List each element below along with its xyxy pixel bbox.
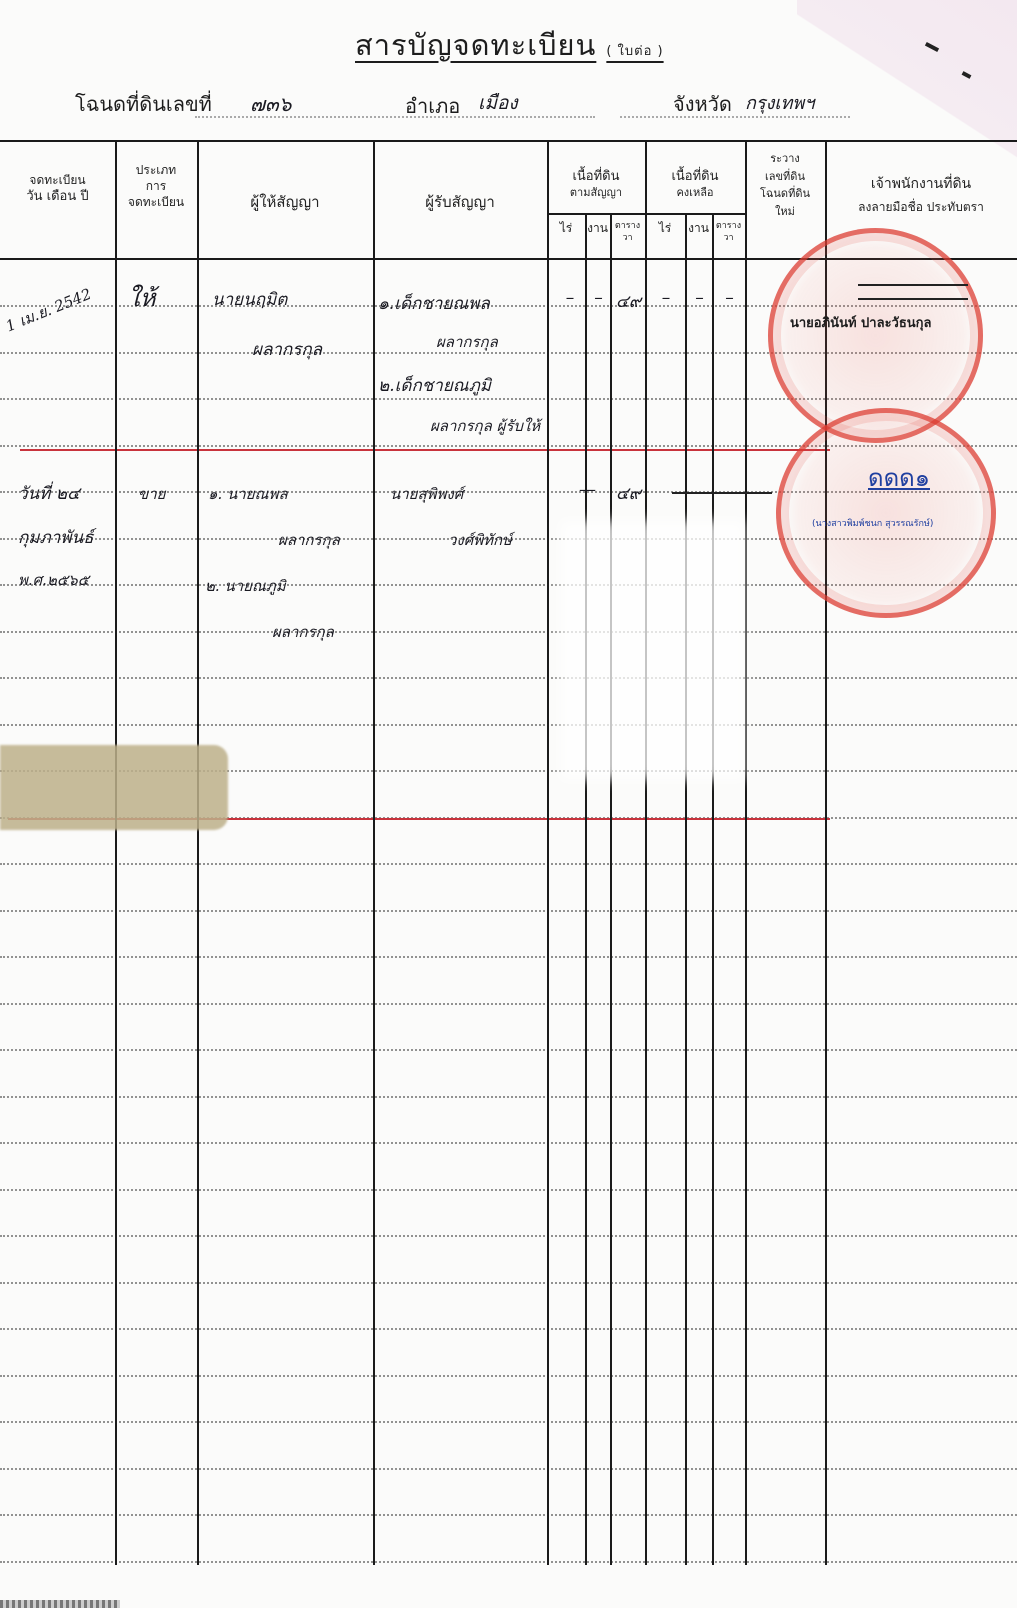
- entry2-grantor-2: ๒. นายณภูมิ: [205, 574, 286, 598]
- entry1-grantee-1-surname: ผลากรกุล: [436, 330, 498, 354]
- page-title: สารบัญจดทะเบียน( ใบต่อ ): [355, 22, 664, 68]
- row-guide: [0, 956, 1017, 958]
- table-top-rule: [0, 140, 1017, 142]
- entry2-date-month: กุมภาพันธ์: [18, 524, 93, 551]
- entry1-contract-wa: ๔๙: [612, 288, 645, 315]
- column-rule: [610, 213, 612, 1565]
- entry1-grantee-1: ๑.เด็กชายณพล: [378, 290, 490, 317]
- column-rule: [745, 140, 747, 1565]
- entry2-grantor-2-surname: ผลากรกุล: [272, 620, 334, 644]
- header-new-deed-line1: ระวาง: [745, 150, 825, 168]
- header-new-deed-line3: โฉนดที่ดิน: [745, 185, 825, 203]
- official-stamp-2: [776, 408, 996, 618]
- deed-label: โฉนดที่ดินเลขที่: [75, 88, 212, 120]
- row-guide: [0, 1049, 1017, 1051]
- entry1-remaining-ngan: –: [687, 288, 712, 308]
- entry1-type: ให้: [128, 278, 156, 317]
- header-area-contract-line2: ตามสัญญา: [547, 186, 645, 201]
- entry-separator-red: [20, 449, 830, 451]
- header-date: จดทะเบียน วัน เดือน ปี: [0, 172, 115, 206]
- row-guide: [0, 1235, 1017, 1237]
- entry2-contract-wa: ๔๙: [612, 480, 645, 507]
- header-officer-line1: เจ้าพนักงานที่ดิน: [825, 172, 1017, 197]
- header-new-deed: ระวาง เลขที่ดิน โฉนดที่ดิน ใหม่: [745, 150, 825, 220]
- entry1-contract-rai: –: [555, 288, 585, 308]
- row-guide: [0, 863, 1017, 865]
- entry2-grantee: นายสุพิพงศ์: [390, 482, 463, 506]
- entry2-contract-rai-ngan: —: [565, 480, 610, 500]
- row-guide: [0, 724, 1017, 726]
- area-unit-header: ไร่: [645, 220, 685, 236]
- row-guide: [0, 677, 1017, 679]
- row-guide: [0, 1375, 1017, 1377]
- header-type: ประเภท การ จดทะเบียน: [115, 162, 197, 211]
- tape-residue: [0, 745, 228, 830]
- row-guide: [0, 1189, 1017, 1191]
- entry1-grantor-surname: ผลากรกุล: [252, 336, 322, 363]
- column-rule: [685, 213, 687, 1565]
- row-guide: [0, 1421, 1017, 1423]
- row-guide: [0, 1561, 1017, 1563]
- row-guide: [0, 631, 1017, 633]
- folded-page-corner: [797, 0, 1017, 170]
- entry2-grantee-surname: วงศ์พิทักษ์: [448, 528, 512, 552]
- header-type-line1: ประเภท: [115, 162, 197, 178]
- entry2-date-day: วันที่ ๒๔: [18, 480, 80, 507]
- header-new-deed-line4: ใหม่: [745, 203, 825, 221]
- row-guide: [0, 1514, 1017, 1516]
- entry1-grantee-2-surname: ผลากรกุล ผู้รับให้: [430, 414, 540, 438]
- entry2-grantor-1-surname: ผลากรกุล: [278, 528, 340, 552]
- column-rule: [197, 140, 199, 1565]
- header-area-contract: เนื้อที่ดิน ตามสัญญา: [547, 168, 645, 200]
- area-unit-header: ไร่: [547, 220, 585, 236]
- district-value: เมือง: [478, 88, 518, 118]
- entry2-officer-signature: ดดด๑: [868, 458, 930, 497]
- header-date-line1: จดทะเบียน: [0, 172, 115, 188]
- entry2-grantor-1: ๑. นายณพล: [208, 482, 288, 506]
- header-grantee: ผู้รับสัญญา: [373, 192, 547, 212]
- province-value: กรุงเทพฯ: [745, 88, 814, 117]
- entry1-date: 1 เม.ย. 2542: [2, 282, 95, 338]
- header-date-line2: วัน เดือน ปี: [0, 188, 115, 206]
- redacted-area: [560, 520, 745, 780]
- entry1-officer-signature: [858, 284, 968, 300]
- title-suffix: ( ใบต่อ ): [606, 44, 663, 59]
- area-unit-header: ตาราง วา: [712, 220, 745, 244]
- header-new-deed-line2: เลขที่ดิน: [745, 168, 825, 186]
- column-rule: [547, 140, 549, 1565]
- row-guide: [0, 910, 1017, 912]
- entry1-grantor-name: นายนฤมิต: [212, 286, 287, 313]
- header-officer-line2: ลงลายมือชื่อ ประทับตรา: [825, 197, 1017, 218]
- column-rule: [585, 213, 587, 1565]
- entry2-type: ขาย: [138, 482, 165, 506]
- scan-edge: [0, 1600, 120, 1608]
- entry1-remaining-rai: –: [647, 288, 685, 308]
- entry2-officer-name: (นางสาวพิมพ์ชนก สุวรรณรักษ์): [812, 516, 933, 530]
- column-rule: [373, 140, 375, 1565]
- province-dotted-line: [620, 116, 850, 118]
- column-rule: [115, 140, 117, 1565]
- row-guide: [0, 1468, 1017, 1470]
- entry1-officer-name: นายอภินันท์ ปาละวัธนกุล: [790, 312, 932, 333]
- district-label: อำเภอ: [405, 90, 460, 122]
- area-unit-header: งาน: [585, 220, 610, 236]
- header-area-remaining: เนื้อที่ดิน คงเหลือ: [645, 168, 745, 200]
- entry2-remaining-dash: [672, 492, 772, 494]
- entry1-remaining-wa: –: [714, 288, 745, 308]
- title-text: สารบัญจดทะเบียน: [355, 28, 596, 62]
- header-type-line2: การ: [115, 178, 197, 194]
- entry1-contract-ngan: –: [587, 288, 610, 308]
- header-grantor: ผู้ให้สัญญา: [197, 192, 373, 212]
- deed-dotted-line: [195, 116, 595, 118]
- row-guide: [0, 1142, 1017, 1144]
- header-area-remaining-line2: คงเหลือ: [645, 186, 745, 201]
- header-officer: เจ้าพนักงานที่ดิน ลงลายมือชื่อ ประทับตรา: [825, 172, 1017, 218]
- column-rule: [712, 213, 714, 1565]
- row-guide: [0, 1003, 1017, 1005]
- entry2-date-year: พ.ศ.๒๕๖๕: [18, 568, 89, 592]
- row-guide: [0, 1282, 1017, 1284]
- column-rule: [645, 140, 647, 1565]
- row-guide: [0, 1328, 1017, 1330]
- header-area-remaining-line1: เนื้อที่ดิน: [645, 168, 745, 186]
- row-guide: [0, 1096, 1017, 1098]
- header-area-contract-line1: เนื้อที่ดิน: [547, 168, 645, 186]
- entry1-grantee-2: ๒.เด็กชายณภูมิ: [378, 372, 491, 399]
- header-type-line3: จดทะเบียน: [115, 194, 197, 210]
- area-unit-header: งาน: [685, 220, 712, 236]
- area-unit-header: ตาราง วา: [610, 220, 645, 244]
